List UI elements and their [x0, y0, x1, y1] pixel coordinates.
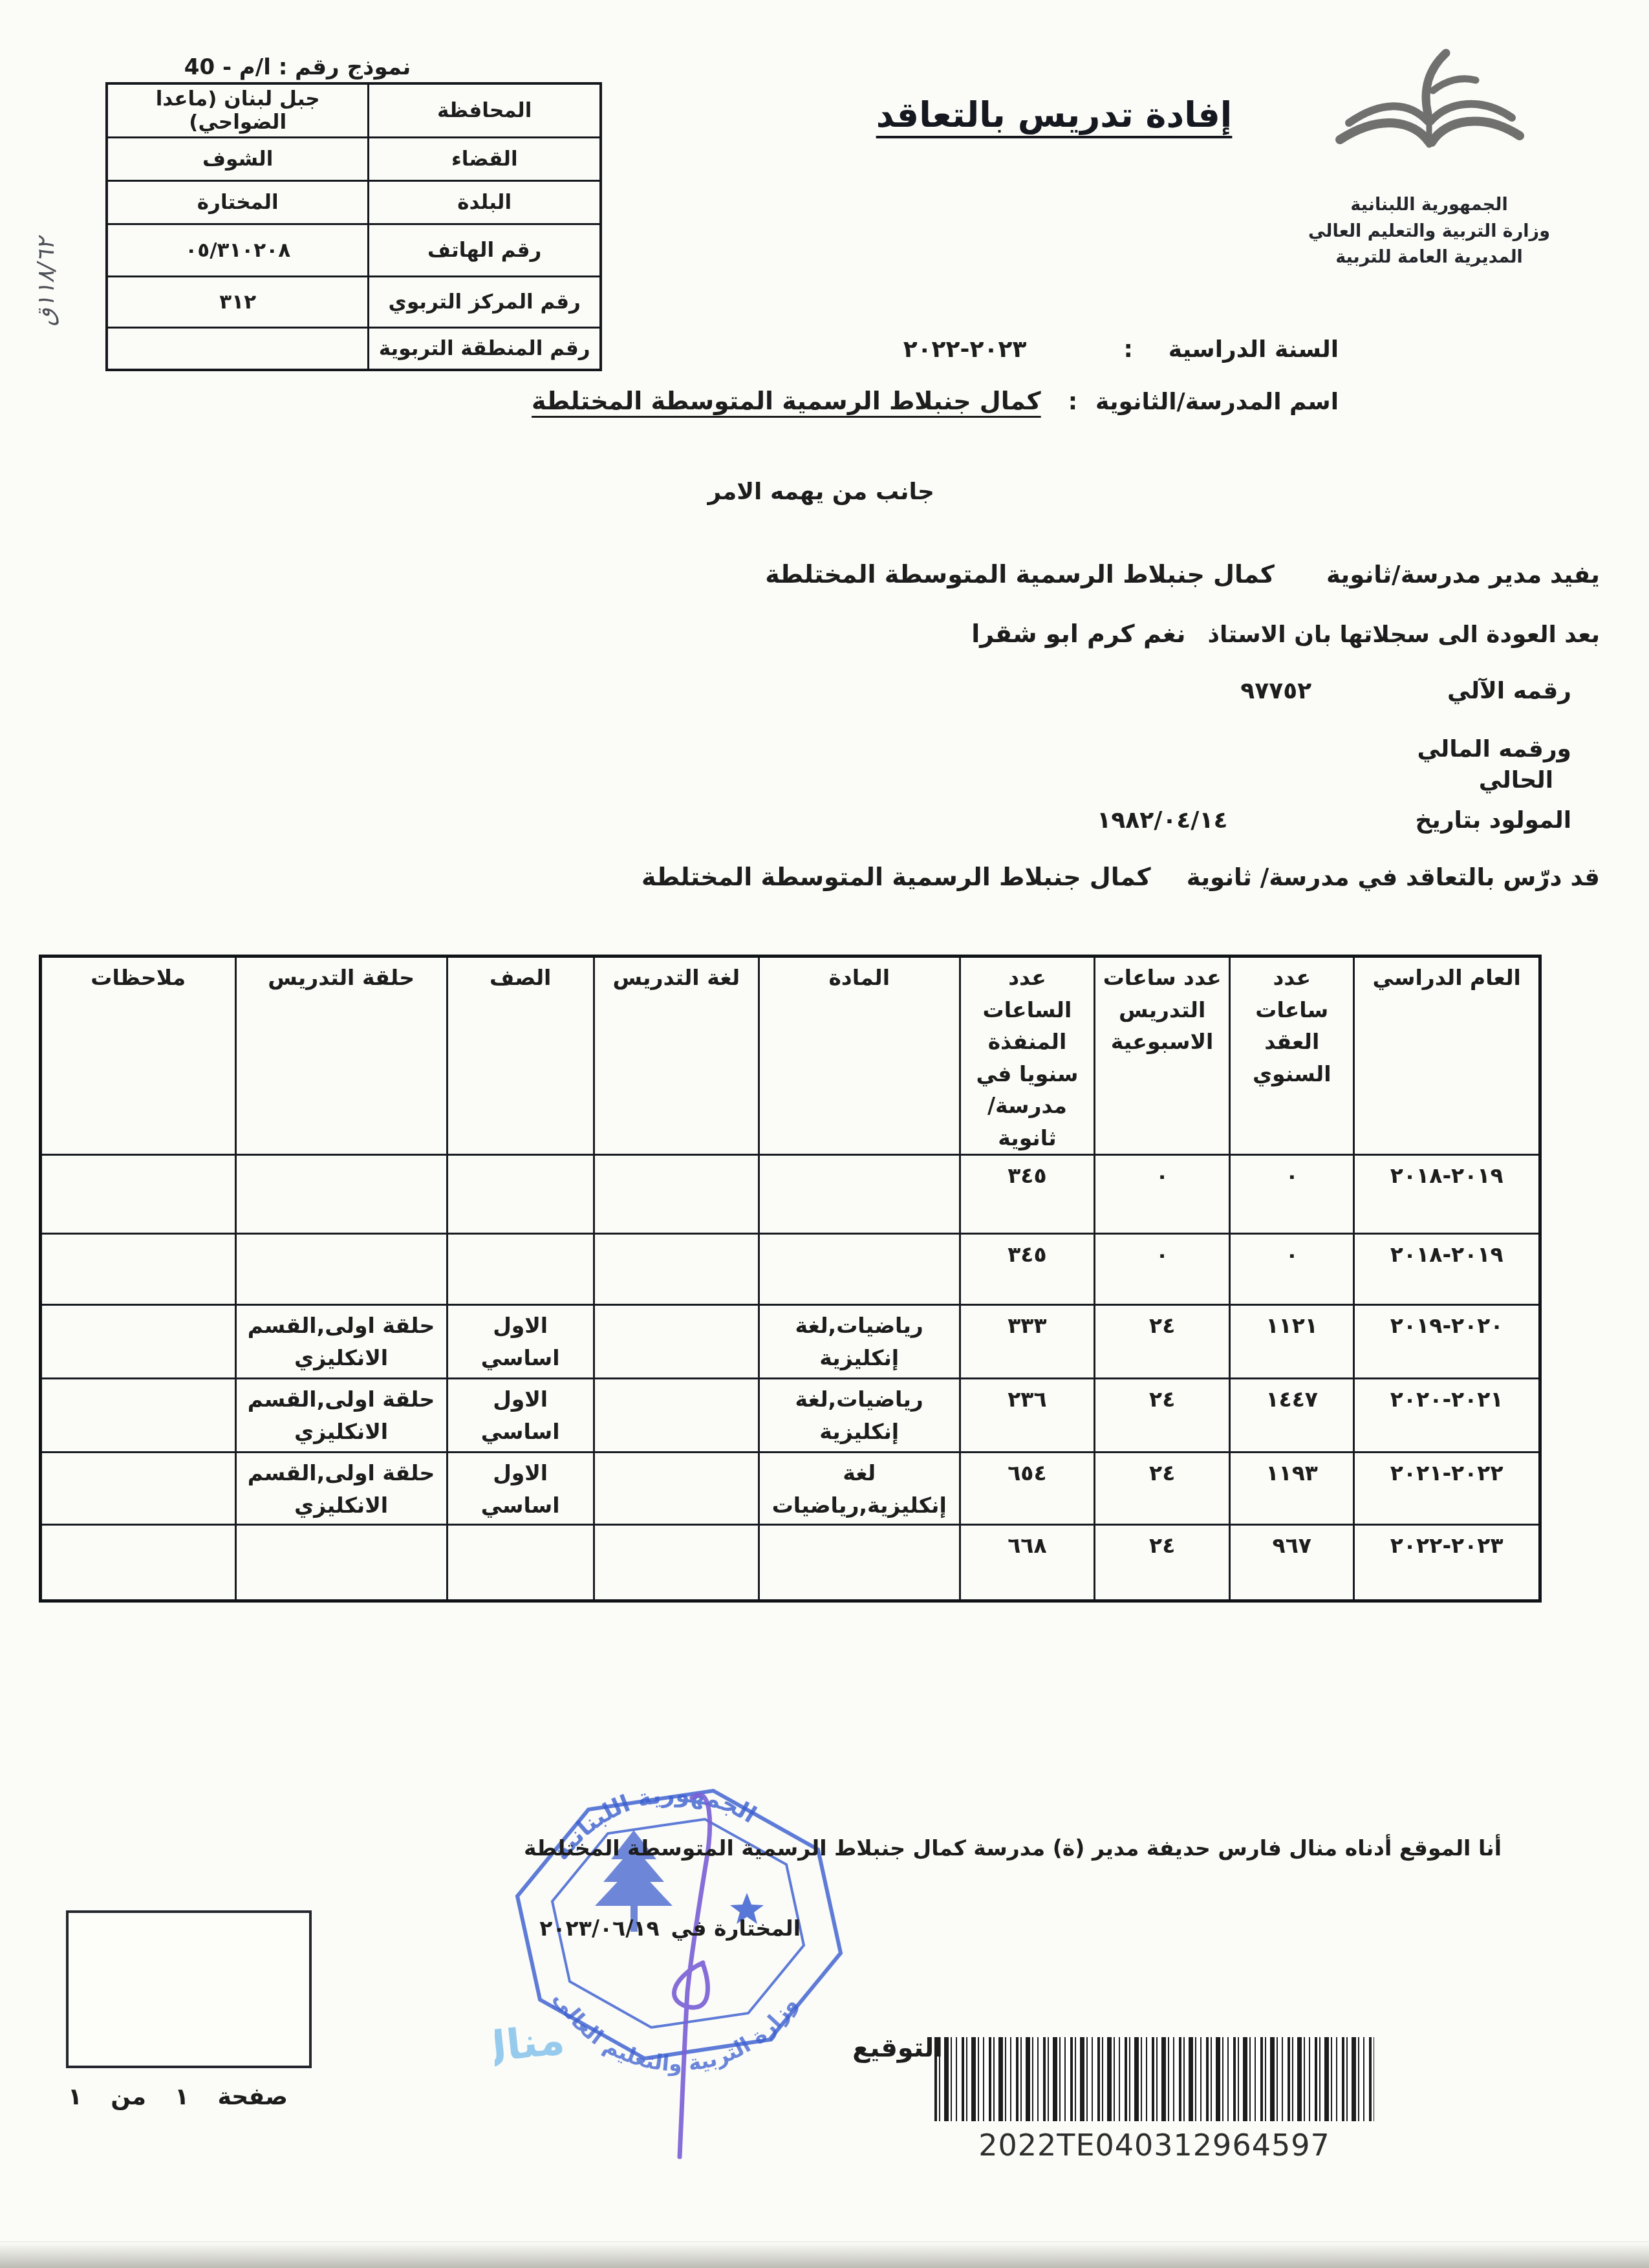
- place-date-value: ٢٠٢٣/٠٦/١٩: [539, 1916, 659, 1941]
- page-number: ١: [175, 2084, 189, 2110]
- table-row: ٢٠٢٠-٢٠١٩ ١١٢١ ٢٤ ٣٣٣ رياضيات,لغة إنكليز…: [41, 1305, 1540, 1379]
- financial-number-label: ورقمه المالي: [1417, 736, 1571, 762]
- school-name-label: اسم المدرسة/الثانوية: [1095, 389, 1339, 415]
- school-year-label: السنة الدراسية: [1169, 336, 1339, 363]
- cell-subject: رياضيات,لغة إنكليزية: [759, 1305, 960, 1379]
- empty-footer-box: [66, 1910, 312, 2068]
- info-value: جبل لبنان (ماعدا الضواحي): [107, 83, 369, 138]
- cell-executed: ٣٤٥: [960, 1234, 1095, 1305]
- cell-class: الاول اساسي: [447, 1379, 594, 1453]
- info-label: رقم المنطقة التربوية: [369, 328, 601, 371]
- barcode-number: 2022TE040312964597: [934, 2128, 1374, 2163]
- cell-year: ٢٠٢٢-٢٠٢١: [1354, 1453, 1540, 1525]
- col-header-cycle: حلقة التدريس: [235, 956, 447, 1155]
- school-year-line: السنة الدراسية:٢٠٢٣-٢٠٢٢: [903, 336, 1339, 363]
- page-word: صفحة: [218, 2084, 288, 2110]
- cell-subject: لغة إنكليزية,رياضيات: [759, 1453, 960, 1525]
- cell-year: ٢٠٢٠-٢٠١٩: [1354, 1305, 1540, 1379]
- cell-language: [594, 1379, 759, 1453]
- cell-subject: [759, 1234, 960, 1305]
- signer-declaration: أنا الموقع أدناه منال فارس حديفة مدير (ة…: [524, 1835, 1502, 1861]
- info-label: البلدة: [369, 181, 601, 224]
- school-name-line: اسم المدرسة/الثانوية:كمال جنبلاط الرسمية…: [532, 387, 1339, 415]
- col-header-subject: المادة: [759, 956, 960, 1155]
- cell-class: الاول اساسي: [447, 1305, 594, 1379]
- col-header-weekly-teaching-hours: عدد ساعات التدريس الاسبوعية: [1095, 956, 1230, 1155]
- place-date-label: المختارة في: [671, 1916, 801, 1941]
- table-row: رقم المركز التربوي ٣١٢: [107, 277, 601, 328]
- col-header-class: الصف: [447, 956, 594, 1155]
- auto-number-line: رقمه الآلي٩٧٧٥٢: [1240, 678, 1571, 704]
- table-row: القضاء الشوف: [107, 138, 601, 181]
- table-row: ٢٠١٩-٢٠١٨ ٠ ٠ ٣٤٥: [41, 1155, 1540, 1234]
- signature-label: التوقيع: [852, 2033, 943, 2063]
- info-label: رقم الهاتف: [369, 224, 601, 277]
- taught-school-name: كمال جنبلاط الرسمية المتوسطة المختلطة: [641, 863, 1151, 891]
- of-word: من: [111, 2084, 146, 2110]
- table-row: ٢٠٢٣-٢٠٢٢ ٩٦٧ ٢٤ ٦٦٨: [41, 1525, 1540, 1601]
- teaching-history-table-wrap: العام الدراسي عدد ساعات العقد السنوي عدد…: [39, 955, 1542, 1603]
- certifies-line: يفيد مدير مدرسة/ثانويةكمال جنبلاط الرسمي…: [765, 560, 1600, 589]
- cell-weekly: ٢٤: [1095, 1453, 1230, 1525]
- cell-language: [594, 1525, 759, 1601]
- cell-language: [594, 1305, 759, 1379]
- cell-executed: ٣٤٥: [960, 1155, 1095, 1234]
- col-header-executed-hours: عدد الساعات المنفذة سنويا في مدرسة/ثانوي…: [960, 956, 1095, 1155]
- cell-executed: ٣٣٣: [960, 1305, 1095, 1379]
- cell-subject: [759, 1525, 960, 1601]
- cell-weekly: ٢٤: [1095, 1305, 1230, 1379]
- cell-cycle: [235, 1234, 447, 1305]
- teaching-history-table: العام الدراسي عدد ساعات العقد السنوي عدد…: [39, 955, 1542, 1603]
- auto-number-value: ٩٧٧٥٢: [1240, 678, 1311, 704]
- colon: :: [1068, 389, 1077, 415]
- ministry-line-ministry: وزارة التربية والتعليم العالي: [1264, 219, 1594, 245]
- cell-executed: ٦٥٤: [960, 1453, 1095, 1525]
- info-label: رقم المركز التربوي: [369, 277, 601, 328]
- cell-cycle: حلقة اولى,القسم الانكليزي: [235, 1305, 447, 1379]
- cell-subject: رياضيات,لغة إنكليزية: [759, 1379, 960, 1453]
- cell-language: [594, 1155, 759, 1234]
- school-year-value: ٢٠٢٣-٢٠٢٢: [903, 336, 1027, 363]
- open-book-flame-logo: [1326, 31, 1533, 189]
- cell-annual: ١١٢١: [1229, 1305, 1353, 1379]
- cell-notes: [41, 1234, 236, 1305]
- cell-notes: [41, 1155, 236, 1234]
- cell-executed: ٢٣٦: [960, 1379, 1095, 1453]
- cell-subject: [759, 1155, 960, 1234]
- info-value: [107, 328, 369, 371]
- cell-weekly: ٠: [1095, 1234, 1230, 1305]
- info-value: الشوف: [107, 138, 369, 181]
- col-header-teaching-language: لغة التدريس: [594, 956, 759, 1155]
- cell-notes: [41, 1525, 236, 1601]
- col-header-notes: ملاحظات: [41, 956, 236, 1155]
- octagonal-ministry-stamp: الجمهورية اللبنانية وزارة التربية والتعل…: [495, 1769, 876, 2189]
- handwritten-margin-note: ١١٨/٦٢ق: [33, 185, 60, 379]
- page-indicator: صفحة ١ من ١: [68, 2084, 288, 2110]
- certified-school-name: كمال جنبلاط الرسمية المتوسطة المختلطة: [765, 560, 1275, 589]
- table-row: رقم المنطقة التربوية: [107, 328, 601, 371]
- certifies-prefix: يفيد مدير مدرسة/ثانوية: [1326, 561, 1600, 589]
- table-row: رقم الهاتف ٠٥/٣١٠٢٠٨: [107, 224, 601, 277]
- cell-language: [594, 1234, 759, 1305]
- cell-class: [447, 1234, 594, 1305]
- scanned-document-page: نموذج رقم : ا/م - 40 ١١٨/٦٢ق المحافظة جب…: [0, 0, 1649, 2268]
- birth-date-label: المولود بتاريخ: [1415, 807, 1571, 834]
- cell-annual: ١١٩٣: [1229, 1453, 1353, 1525]
- cell-notes: [41, 1305, 236, 1379]
- records-line: بعد العودة الى سجلاتها بان الاستاذنغم كر…: [971, 620, 1600, 648]
- cell-executed: ٦٦٨: [960, 1525, 1095, 1601]
- cell-cycle: [235, 1525, 447, 1601]
- cell-cycle: حلقة اولى,القسم الانكليزي: [235, 1379, 447, 1453]
- col-header-annual-contract-hours: عدد ساعات العقد السنوي: [1229, 956, 1353, 1155]
- cell-class: [447, 1525, 594, 1601]
- taught-prefix: قد درّس بالتعاقد في مدرسة/ ثانوية: [1187, 863, 1600, 891]
- cell-notes: [41, 1453, 236, 1525]
- ministry-line-directorate: المديرية العامة للتربية: [1264, 244, 1594, 271]
- cell-year: ٢٠١٩-٢٠١٨: [1354, 1234, 1540, 1305]
- table-header-row: العام الدراسي عدد ساعات العقد السنوي عدد…: [41, 956, 1540, 1155]
- form-number: نموذج رقم : ا/م - 40: [162, 54, 433, 80]
- cell-weekly: ٢٤: [1095, 1525, 1230, 1601]
- cell-language: [594, 1453, 759, 1525]
- cell-annual: ٩٦٧: [1229, 1525, 1353, 1601]
- table-row: البلدة المختارة: [107, 181, 601, 224]
- cell-weekly: ٠: [1095, 1155, 1230, 1234]
- cell-class: [447, 1155, 594, 1234]
- school-info-table: المحافظة جبل لبنان (ماعدا الضواحي) القضا…: [105, 82, 602, 371]
- cell-annual: ٠: [1229, 1155, 1353, 1234]
- cell-annual: ٠: [1229, 1234, 1353, 1305]
- cell-year: ٢٠٢٣-٢٠٢٢: [1354, 1525, 1540, 1601]
- birth-date-line: المولود بتاريخ١٩٨٢/٠٤/١٤: [1097, 807, 1571, 834]
- school-name-value: كمال جنبلاط الرسمية المتوسطة المختلطة: [532, 387, 1041, 415]
- cell-weekly: ٢٤: [1095, 1379, 1230, 1453]
- birth-date-value: ١٩٨٢/٠٤/١٤: [1097, 807, 1227, 834]
- barcode: [934, 2037, 1374, 2121]
- document-title: إفادة تدريس بالتعاقد: [841, 94, 1267, 135]
- financial-number-label2: الحالي: [1479, 767, 1553, 794]
- cell-annual: ١٤٤٧: [1229, 1379, 1353, 1453]
- table-row: المحافظة جبل لبنان (ماعدا الضواحي): [107, 83, 601, 138]
- table-row: ٢٠١٩-٢٠١٨ ٠ ٠ ٣٤٥: [41, 1234, 1540, 1305]
- cell-class: الاول اساسي: [447, 1453, 594, 1525]
- info-value: المختارة: [107, 181, 369, 224]
- cell-notes: [41, 1379, 236, 1453]
- cell-cycle: [235, 1155, 447, 1234]
- salutation: جانب من يهمه الامر: [708, 479, 934, 505]
- info-label: المحافظة: [369, 83, 601, 138]
- stamp-overlay-name: منال حديفة: [495, 2016, 567, 2088]
- cell-year: ٢٠٢١-٢٠٢٠: [1354, 1379, 1540, 1453]
- info-label: القضاء: [369, 138, 601, 181]
- records-prefix: بعد العودة الى سجلاتها بان الاستاذ: [1207, 621, 1600, 648]
- table-row: ٢٠٢١-٢٠٢٠ ١٤٤٧ ٢٤ ٢٣٦ رياضيات,لغة إنكليز…: [41, 1379, 1540, 1453]
- taught-line: قد درّس بالتعاقد في مدرسة/ ثانويةكمال جن…: [641, 863, 1600, 891]
- info-value: ٣١٢: [107, 277, 369, 328]
- ministry-line-republic: الجمهورية اللبنانية: [1264, 192, 1594, 219]
- cell-year: ٢٠١٩-٢٠١٨: [1354, 1155, 1540, 1234]
- col-header-year: العام الدراسي: [1354, 956, 1540, 1155]
- colon: :: [1123, 336, 1132, 363]
- page-total: ١: [68, 2084, 82, 2110]
- table-row: ٢٠٢٢-٢٠٢١ ١١٩٣ ٢٤ ٦٥٤ لغة إنكليزية,رياضي…: [41, 1453, 1540, 1525]
- cell-cycle: حلقة اولى,القسم الانكليزي: [235, 1453, 447, 1525]
- teacher-name: نغم كرم ابو شقرا: [971, 620, 1185, 648]
- place-date-line: المختارة في٢٠٢٣/٠٦/١٩: [539, 1916, 801, 1941]
- info-value: ٠٥/٣١٠٢٠٨: [107, 224, 369, 277]
- scanner-edge-artifact: [0, 2241, 1649, 2268]
- ministry-header: الجمهورية اللبنانية وزارة التربية والتعل…: [1264, 31, 1594, 271]
- auto-number-label: رقمه الآلي: [1447, 678, 1571, 704]
